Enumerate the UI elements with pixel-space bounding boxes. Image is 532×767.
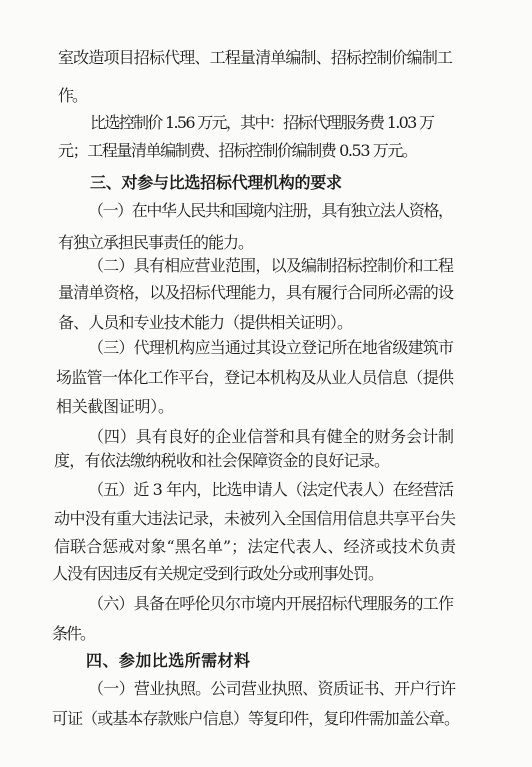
requirement-3: 场监管一体化工作平台，登记本机构及从业人员信息（提供 (56, 368, 453, 388)
control-price-paragraph: 比选控制价 1.56 万元，其中：招标代理服务费 1.03 万 (90, 113, 433, 133)
document-page: 室改造项目招标代理、工程量清单编制、招标控制价编制工 作。 比选控制价 1.56… (0, 0, 532, 767)
requirement-2: （二）具有相应营业范围，以及编制招标控制价和工程 (88, 256, 453, 276)
requirement-1: （一）在中华人民共和国境内注册，具有独立法人资格， (88, 201, 453, 221)
requirement-4: 度，有依法缴纳税收和社会保障资金的良好记录。 (54, 451, 389, 471)
requirement-2: 量清单资格，以及招标代理能力，具有履行合同所必需的设 (58, 283, 453, 303)
requirement-5: （五）近 3 年内，比选申请人（法定代表人）在经营活 (88, 480, 453, 500)
requirement-3: （三）代理机构应当通过其设立登记所在地省级建筑市 (88, 338, 453, 358)
requirement-5: 人没有因违反有关规定受到行政处分或刑事处罚。 (52, 564, 383, 584)
requirement-6: （六）具备在呼伦贝尔市境内开展招标代理服务的工作 (88, 594, 453, 614)
section-heading-materials: 四、参加比选所需材料 (86, 651, 250, 671)
requirement-5: 信联合惩戒对象“黑名单”；法定代表人、经济或技术负责 (54, 537, 456, 557)
material-1: 可证（或基本存款账户信息）等复印件，复印件需加盖公章。 (52, 709, 459, 729)
body-text-line: 室改造项目招标代理、工程量清单编制、招标控制价编制工 (58, 48, 452, 68)
requirement-6: 条件。 (52, 624, 94, 644)
requirement-1: 有独立承担民事责任的能力。 (58, 233, 253, 253)
requirement-4: （四）具有良好的企业信誉和具有健全的财务会计制 (88, 427, 454, 447)
control-price-paragraph: 元；工程量清单编制费、招标控制价编制费 0.53 万元。 (58, 141, 417, 161)
material-1: （一）营业执照。公司营业执照、资质证书、开户行许 (88, 679, 455, 699)
section-heading-requirements: 三、对参与比选招标代理机构的要求 (90, 173, 342, 193)
requirement-5: 动中没有重大违法记录，未被列入全国信用信息共享平台失 (54, 509, 455, 529)
body-text-line: 作。 (58, 86, 86, 106)
requirement-3: 相关截图证明）。 (56, 397, 174, 417)
requirement-2: 备、人员和专业技术能力（提供相关证明）。 (58, 313, 352, 333)
